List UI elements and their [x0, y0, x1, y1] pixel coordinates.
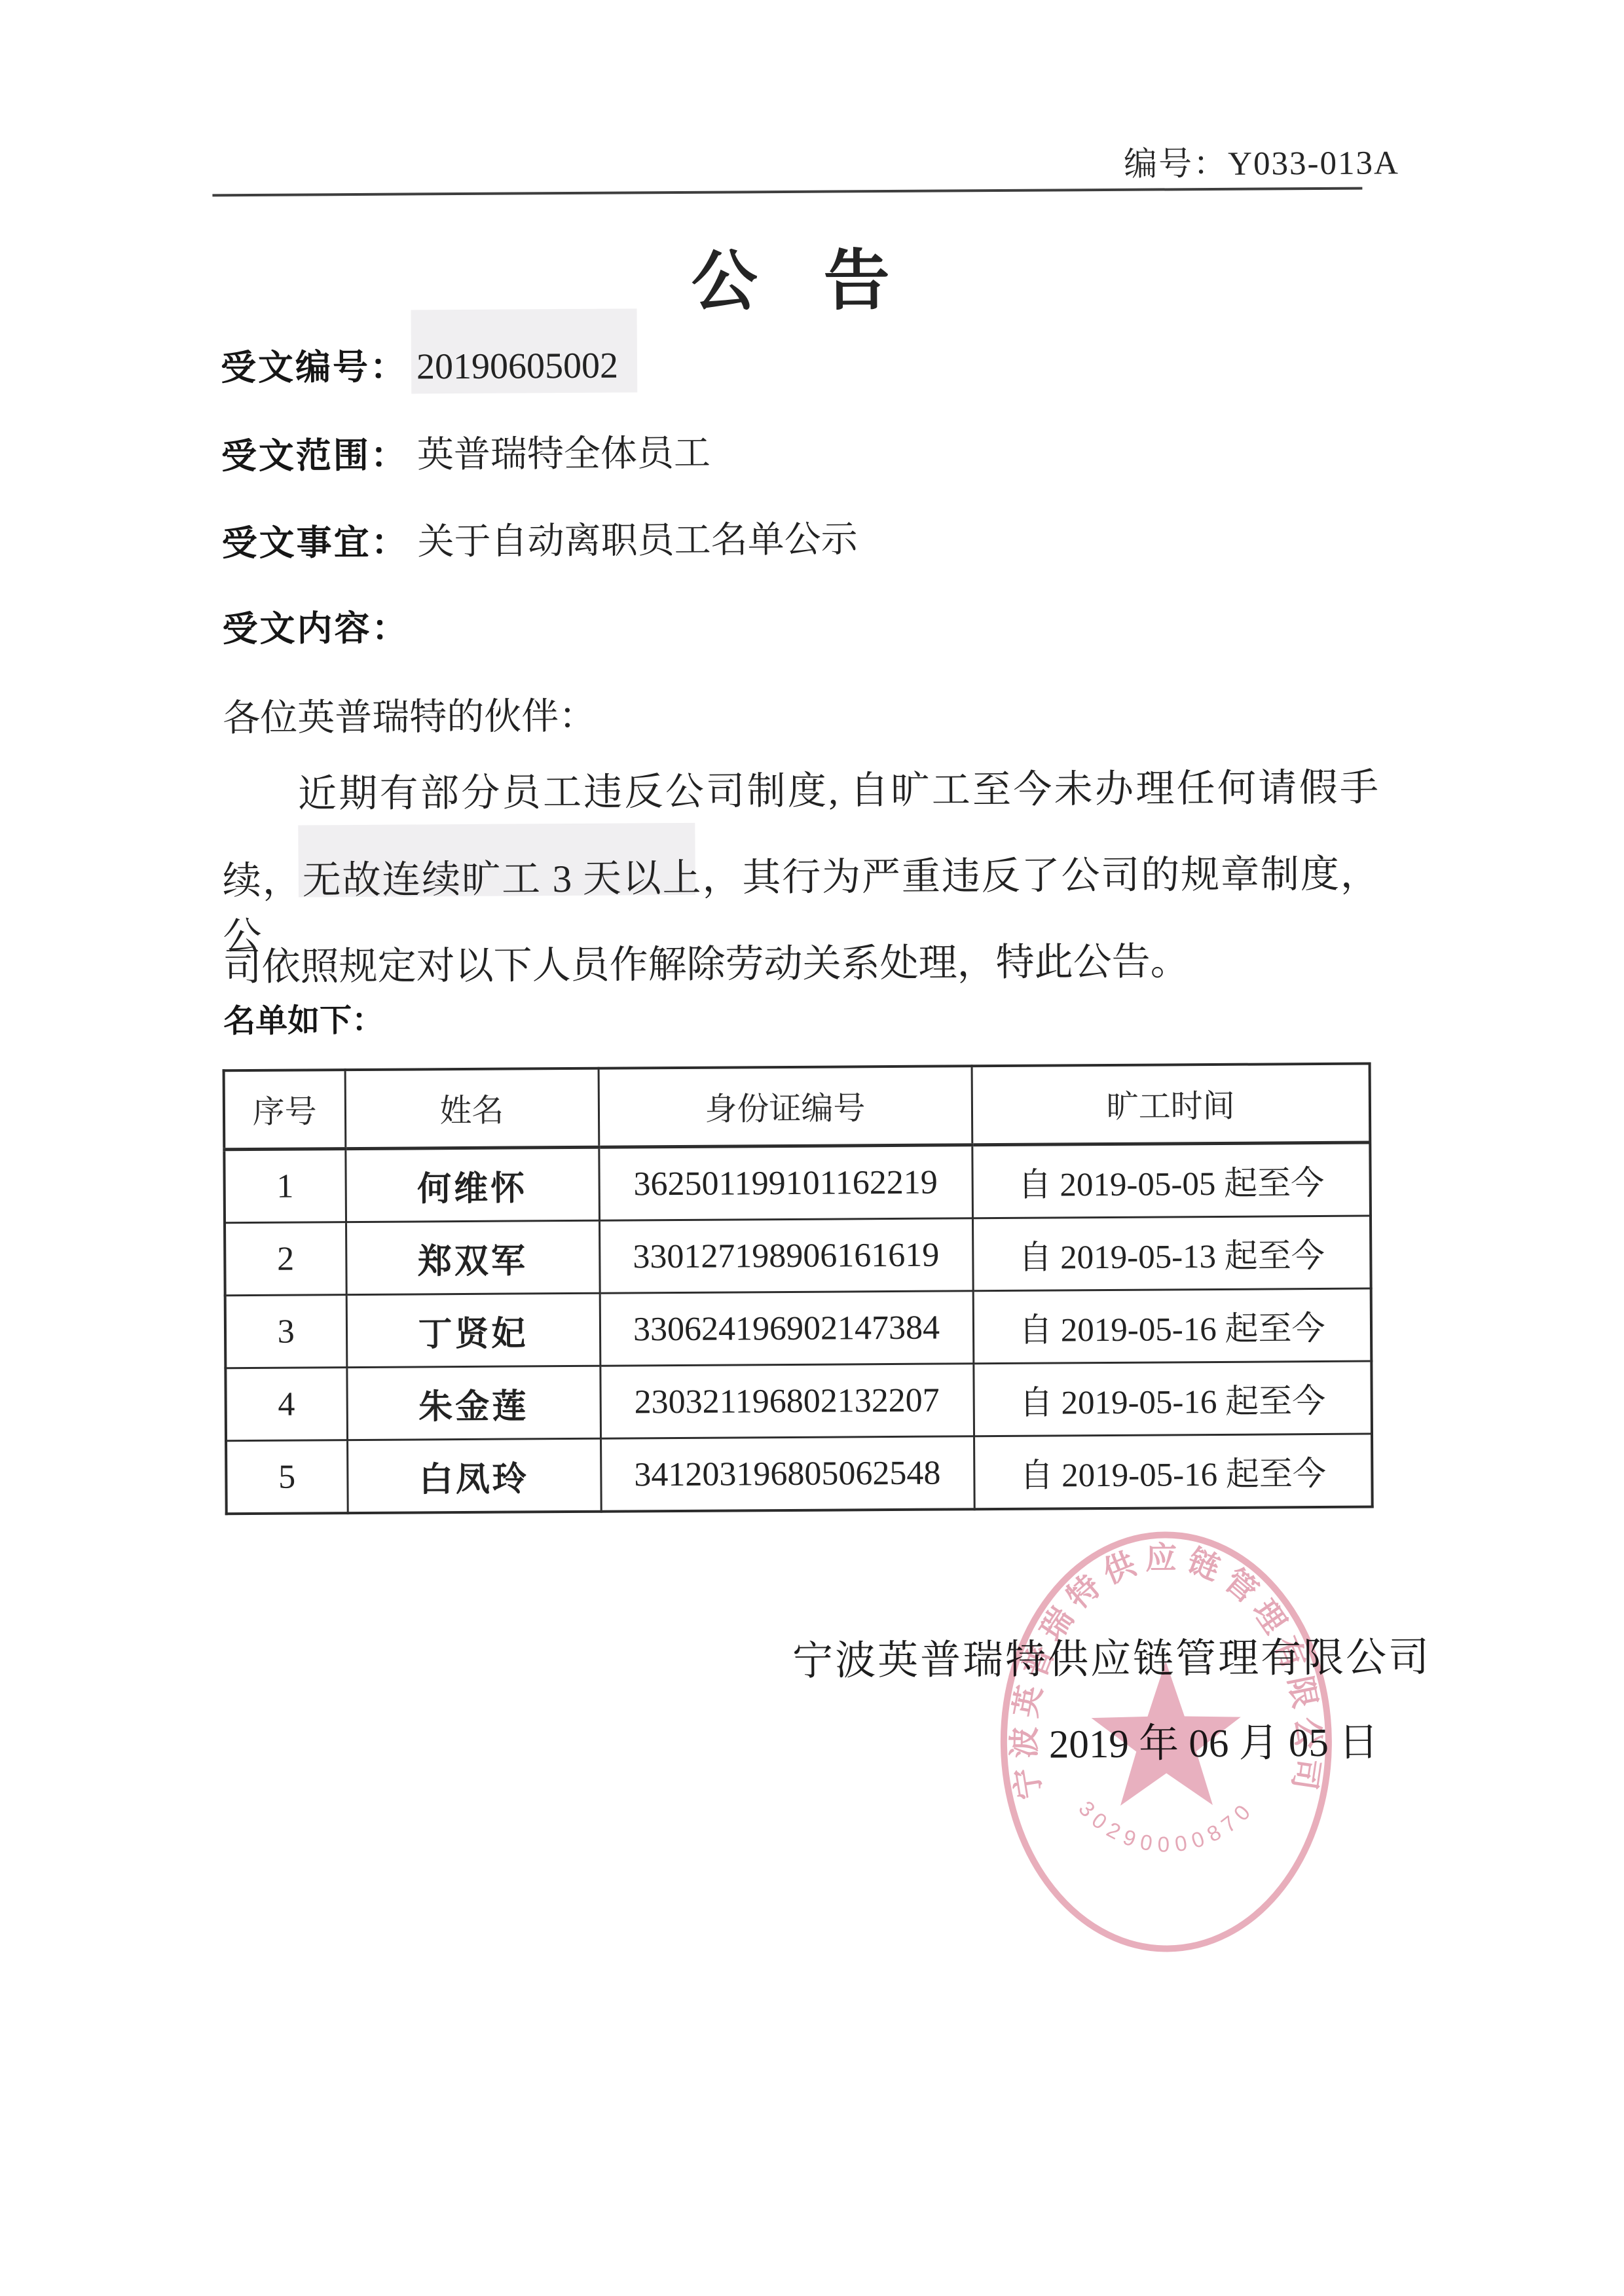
salutation: 各位英普瑞特的伙伴：: [223, 686, 596, 742]
meta-label: 受文编号：: [221, 348, 407, 388]
table-cell: 白凤玲: [347, 1438, 601, 1513]
table-row: 1何维怀362501199101162219自 2019-05-05 起至今: [224, 1142, 1371, 1223]
meta-value: 20190605002: [416, 346, 618, 388]
table-cell: 丁贤妃: [346, 1293, 600, 1367]
meta-label: 受文内容：: [222, 609, 409, 649]
table-cell: 3: [225, 1295, 347, 1368]
table-cell: 5: [226, 1440, 348, 1514]
body-line: 司依照规定对以下人员作解除劳动关系处理，特此公告。: [223, 928, 1379, 991]
meta-line-doc-number: 受文编号：20190605002: [221, 338, 618, 391]
table-cell: 1: [224, 1149, 346, 1223]
table-cell: 郑双军: [346, 1220, 600, 1294]
table-header-cell: 身份证编号: [599, 1066, 972, 1147]
meta-value: 英普瑞特全体员工: [417, 433, 710, 476]
table-cell: 330127198906161619: [599, 1218, 973, 1293]
page-title: 公 告: [217, 225, 1364, 327]
table-cell: 362501199101162219: [599, 1145, 972, 1220]
meta-line-scope: 受文范围：英普瑞特全体员工: [221, 424, 710, 480]
table-cell: 330624196902147384: [600, 1291, 974, 1366]
meta-line-subject: 受文事宜：关于自动离职员工名单公示: [221, 510, 857, 566]
table-body: 1何维怀362501199101162219自 2019-05-05 起至今2郑…: [224, 1142, 1372, 1514]
table-cell: 自 2019-05-05 起至今: [972, 1142, 1371, 1218]
table-cell: 自 2019-05-16 起至今: [973, 1361, 1372, 1436]
employee-table-wrapper: 序号姓名身份证编号旷工时间 1何维怀362501199101162219自 20…: [223, 1063, 1371, 1516]
list-intro: 名单如下：: [223, 995, 384, 1042]
table-row: 5白凤玲341203196805062548自 2019-05-16 起至今: [226, 1434, 1373, 1514]
header-rule: [212, 187, 1362, 197]
table-header-cell: 旷工时间: [972, 1064, 1371, 1145]
table-cell: 自 2019-05-16 起至今: [974, 1434, 1373, 1509]
body-line: 近期有部分员工违反公司制度, 自旷工至今未办理任何请假手: [222, 756, 1378, 818]
table-cell: 朱金莲: [346, 1366, 600, 1440]
table-cell: 341203196805062548: [600, 1436, 974, 1512]
table-cell: 何维怀: [345, 1147, 599, 1222]
table-cell: 230321196802132207: [600, 1364, 974, 1438]
table-row: 4朱金莲230321196802132207自 2019-05-16 起至今: [225, 1361, 1372, 1441]
document-code: 编号：Y033-013A: [1124, 135, 1399, 185]
table-cell: 自 2019-05-13 起至今: [972, 1216, 1371, 1291]
signature-company: 宁波英普瑞特供应链管理有限公司: [792, 1624, 1386, 1686]
table-row: 3丁贤妃330624196902147384自 2019-05-16 起至今: [225, 1288, 1372, 1368]
document-page: 编号：Y033-013A 公 告 受文编号：20190605002 受文范围：英…: [0, 0, 1624, 2296]
table-header-row: 序号姓名身份证编号旷工时间: [224, 1064, 1371, 1150]
table-cell: 4: [225, 1368, 347, 1441]
meta-label: 受文事宜：: [221, 523, 408, 564]
meta-value: 关于自动离职员工名单公示: [417, 519, 857, 562]
scanned-announcement-page: { "doc": { "code_label": "编号：Y033-013A",…: [0, 0, 1624, 2296]
meta-line-content: 受文内容：: [222, 600, 418, 651]
table-cell: 2: [225, 1222, 346, 1296]
employee-table: 序号姓名身份证编号旷工时间 1何维怀362501199101162219自 20…: [223, 1063, 1374, 1516]
table-header-cell: 姓名: [345, 1068, 599, 1149]
table-header-cell: 序号: [224, 1070, 346, 1150]
meta-label: 受文范围：: [221, 436, 408, 477]
signature-date: 2019 年 06 月 05 日: [1049, 1710, 1390, 1769]
table-cell: 自 2019-05-16 起至今: [973, 1288, 1372, 1364]
table-row: 2郑双军330127198906161619自 2019-05-13 起至今: [225, 1216, 1371, 1296]
